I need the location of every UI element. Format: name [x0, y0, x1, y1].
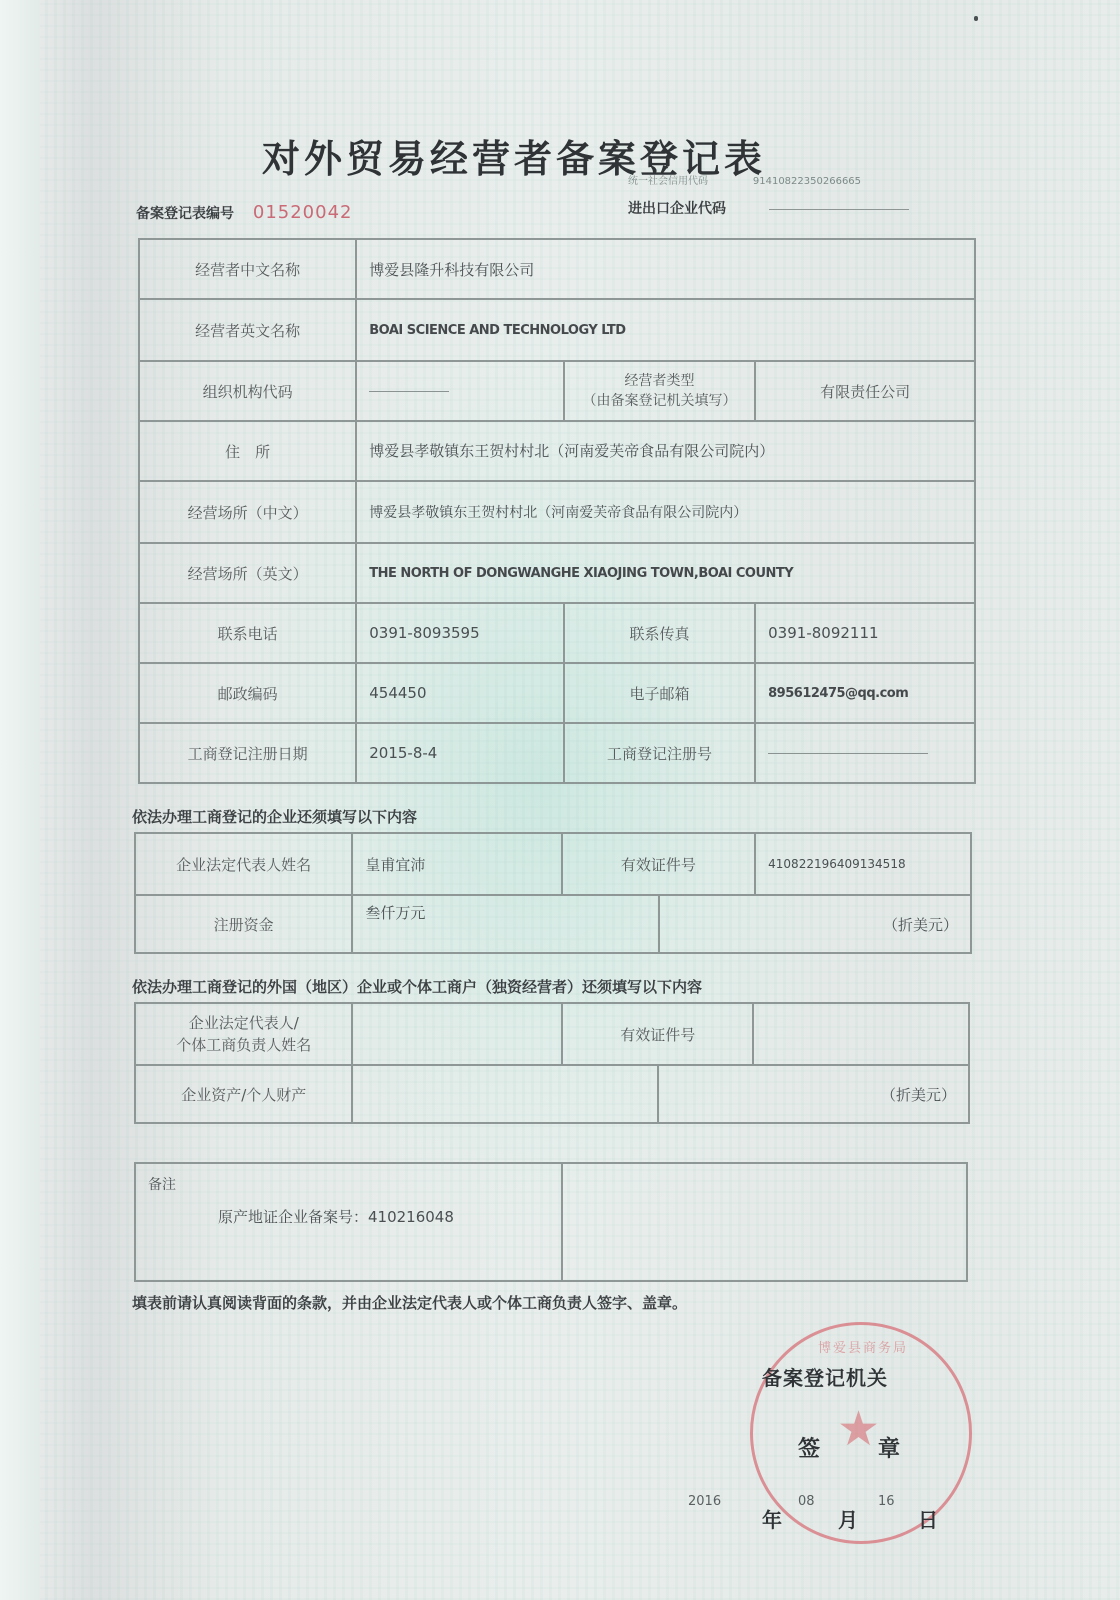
foreign-rep-label-line2: 个体工商负责人姓名 — [148, 1034, 339, 1056]
assets-value — [352, 1065, 657, 1123]
import-export-code-label: 进出口企业代码 — [628, 201, 726, 217]
month-unit: 月 — [838, 1504, 858, 1533]
assets-label: 企业资产/个人财产 — [135, 1065, 352, 1123]
foreign-section-note: 依法办理工商登记的外国（地区）企业或个体工商户（独资经营者）还须填写以下内容 — [132, 976, 702, 997]
org-code-value — [356, 361, 564, 421]
remarks-table: 备注 原产地证企业备案号：410216048 — [134, 1162, 968, 1282]
table-row: 经营场所（中文） 博爱县孝敬镇东王贺村村北（河南爱芙帝食品有限公司院内） — [139, 481, 975, 543]
table-row: 组织机构代码 经营者类型 （由备案登记机关填写） 有限责任公司 — [139, 361, 975, 421]
biz-reg-date-label: 工商登记注册日期 — [139, 723, 356, 783]
table-row: 企业法定代表人/ 个体工商负责人姓名 有效证件号 — [135, 1003, 969, 1065]
capital-value: 叁仟万元 — [352, 895, 659, 953]
blank-line — [369, 391, 449, 392]
table-row: 备注 原产地证企业备案号：410216048 — [135, 1163, 967, 1281]
legal-rep-label: 企业法定代表人姓名 — [135, 833, 352, 895]
footer-note: 填表前请认真阅读背面的条款，并由企业法定代表人或个体工商负责人签字、盖章。 — [132, 1292, 687, 1313]
biz-reg-no-value — [755, 723, 975, 783]
capital-label: 注册资金 — [135, 895, 352, 953]
cn-name-label: 经营者中文名称 — [139, 239, 356, 299]
premises-cn-label: 经营场所（中文） — [139, 481, 356, 543]
premises-en-label: 经营场所（英文） — [139, 543, 356, 603]
remarks-label: 备注 — [148, 1174, 549, 1194]
cn-name-value: 博爱县隆升科技有限公司 — [356, 239, 975, 299]
premises-cn-value: 博爱县孝敬镇东王贺村村北（河南爱芙帝食品有限公司院内） — [356, 481, 975, 543]
remarks-text: 原产地证企业备案号：410216048 — [218, 1206, 549, 1227]
capital-usd-label: （折美元） — [659, 895, 971, 953]
date-year: 2016 — [688, 1494, 721, 1509]
unified-credit-code: 统一社会信用代码 91410822350266665 — [628, 172, 861, 188]
id-label: 有效证件号 — [562, 833, 755, 895]
remarks-cell: 备注 原产地证企业备案号：410216048 — [135, 1163, 562, 1281]
phone-value: 0391-8093595 — [356, 603, 564, 663]
operator-type-label-line1: 经营者类型 — [577, 371, 742, 391]
legal-rep-value: 皇甫宜沛 — [352, 833, 561, 895]
address-label: 住 所 — [139, 421, 356, 481]
registration-authority-label: 备案登记机关 — [762, 1362, 888, 1391]
premises-en-value: THE NORTH OF DONGWANGHE XIAOJING TOWN,BO… — [356, 543, 975, 603]
foreign-rep-label-line1: 企业法定代表人/ — [148, 1012, 339, 1034]
scan-speck — [974, 16, 978, 21]
postcode-value: 454450 — [356, 663, 564, 723]
operator-type-label: 经营者类型 （由备案登记机关填写） — [564, 361, 755, 421]
registration-number: 备案登记表编号 01520042 — [136, 202, 353, 223]
table-row: 经营者英文名称 BOAI SCIENCE AND TECHNOLOGY LTD — [139, 299, 975, 361]
operator-type-label-line2: （由备案登记机关填写） — [577, 391, 742, 411]
unified-credit-code-value: 91410822350266665 — [753, 176, 861, 187]
main-info-table: 经营者中文名称 博爱县隆升科技有限公司 经营者英文名称 BOAI SCIENCE… — [138, 238, 976, 784]
registration-number-value: 01520042 — [253, 202, 353, 223]
table-row: 工商登记注册日期 2015-8-4 工商登记注册号 — [139, 723, 975, 783]
operator-type-value: 有限责任公司 — [755, 361, 975, 421]
stamp-ring-text: 博爱县商务局 — [773, 1337, 953, 1356]
foreign-enterprise-table: 企业法定代表人/ 个体工商负责人姓名 有效证件号 企业资产/个人财产 （折美元） — [134, 1002, 970, 1124]
postcode-label: 邮政编码 — [139, 663, 356, 723]
fax-label: 联系传真 — [564, 603, 755, 663]
signature-date: 2016 年 08 月 16 日 — [688, 1494, 968, 1534]
seal-label: 签 章 — [798, 1432, 918, 1463]
table-row: 企业资产/个人财产 （折美元） — [135, 1065, 969, 1123]
date-month: 08 — [798, 1494, 815, 1509]
assets-usd-label: （折美元） — [658, 1065, 969, 1123]
domestic-enterprise-table: 企业法定代表人姓名 皇甫宜沛 有效证件号 410822196409134518 … — [134, 832, 972, 954]
table-row: 经营场所（英文） THE NORTH OF DONGWANGHE XIAOJIN… — [139, 543, 975, 603]
year-unit: 年 — [762, 1504, 782, 1533]
day-unit: 日 — [918, 1504, 938, 1533]
paper-edge — [0, 0, 40, 1600]
en-name-value: BOAI SCIENCE AND TECHNOLOGY LTD — [356, 299, 975, 361]
foreign-id-label: 有效证件号 — [562, 1003, 754, 1065]
import-export-code-blank — [769, 209, 909, 210]
org-code-label: 组织机构代码 — [139, 361, 356, 421]
biz-reg-no-label: 工商登记注册号 — [564, 723, 755, 783]
blank-line — [768, 753, 928, 754]
date-day: 16 — [878, 1494, 895, 1509]
table-row: 联系电话 0391-8093595 联系传真 0391-8092111 — [139, 603, 975, 663]
table-row: 邮政编码 454450 电子邮箱 895612475@qq.com — [139, 663, 975, 723]
foreign-id-value — [753, 1003, 969, 1065]
foreign-rep-value — [352, 1003, 561, 1065]
email-label: 电子邮箱 — [564, 663, 755, 723]
email-value: 895612475@qq.com — [755, 663, 975, 723]
unified-credit-code-label: 统一社会信用代码 — [628, 176, 708, 187]
phone-label: 联系电话 — [139, 603, 356, 663]
table-row: 住 所 博爱县孝敬镇东王贺村村北（河南爱芙帝食品有限公司院内） — [139, 421, 975, 481]
id-value: 410822196409134518 — [755, 833, 971, 895]
registration-number-label: 备案登记表编号 — [136, 206, 234, 222]
import-export-code: 进出口企业代码 — [628, 198, 909, 218]
domestic-section-note: 依法办理工商登记的企业还须填写以下内容 — [132, 806, 417, 827]
table-row: 企业法定代表人姓名 皇甫宜沛 有效证件号 410822196409134518 — [135, 833, 971, 895]
table-row: 经营者中文名称 博爱县隆升科技有限公司 — [139, 239, 975, 299]
foreign-rep-label: 企业法定代表人/ 个体工商负责人姓名 — [135, 1003, 352, 1065]
table-row: 注册资金 叁仟万元 （折美元） — [135, 895, 971, 953]
biz-reg-date-value: 2015-8-4 — [356, 723, 564, 783]
en-name-label: 经营者英文名称 — [139, 299, 356, 361]
fax-value: 0391-8092111 — [755, 603, 975, 663]
remarks-blank-cell — [562, 1163, 967, 1281]
address-value: 博爱县孝敬镇东王贺村村北（河南爱芙帝食品有限公司院内） — [356, 421, 975, 481]
